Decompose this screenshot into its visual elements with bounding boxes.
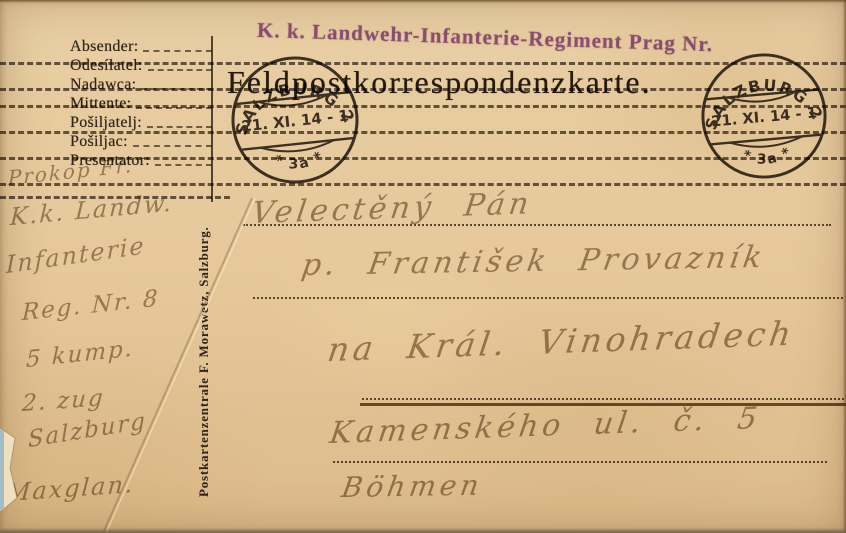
form-label-odesilatel: Odesílatel: [70,56,143,75]
card-edge-top [0,0,846,3]
scan-background-sliver [0,430,4,510]
sender-form: Absender: Odesílatel: Nadawca: Mittente:… [70,37,212,170]
form-row: Pošiljac: [70,132,212,151]
handwritten-sender-line: Infanterie [6,231,145,279]
form-label-posiljatelj: Pošiljatelj: [70,113,142,132]
form-row: Absender: [70,37,212,56]
postcard-scan: Absender: Odesílatel: Nadawca: Mittente:… [0,0,846,533]
address-rule-dotted [362,398,844,400]
publisher-imprint: Postkartenzentrale F. Morawetz, Salzburg… [196,185,212,497]
handwritten-address-line: na Král. Vinohradech [325,314,797,370]
handwritten-address-line: Kamenského ul. č. 5 [328,401,764,451]
form-rule [143,50,212,52]
handwritten-sender-line: Reg. Nr. 8 [22,285,160,326]
form-row: Mittente: [70,94,212,113]
handwritten-address-line: p. František Provazník [299,240,768,283]
form-label-nadawca: Nadawca: [70,75,136,94]
handwritten-sender-line: 2. zug [21,385,106,417]
postmark-left: SALZBURG 2 21. XI. 14 - 1 * 3a * [229,54,361,186]
form-rule [133,145,212,147]
form-rule [148,69,212,71]
card-edge-bottom [0,528,846,533]
form-row: Nadawca: [70,75,212,94]
address-rule-dotted [253,297,843,299]
handwritten-sender-line: K.k. Landw. [9,189,174,232]
cancel-bar [0,183,846,186]
form-label-absender: Absender: [70,37,138,56]
handwritten-address-line: Böhmen [339,468,485,504]
handwritten-sender-line: Maxglan. [5,470,136,507]
form-rule [147,126,212,128]
postmark-right: SALZBURG 2 21. XI. 14 - 1 * 3a * [699,51,829,181]
form-divider-line [211,36,213,202]
address-rule-dotted [333,461,827,463]
form-label-mittente: Mittente: [70,94,131,113]
regiment-handstamp: K. k. Landwehr-Infanterie-Regiment Prag … [257,18,714,57]
form-row: Odesílatel: [70,56,212,75]
handwritten-sender-line: 5 kump. [26,336,135,374]
form-rule [155,164,212,166]
form-label-posiljac: Pošiljac: [70,132,128,151]
form-row: Pošiljatelj: [70,113,212,132]
